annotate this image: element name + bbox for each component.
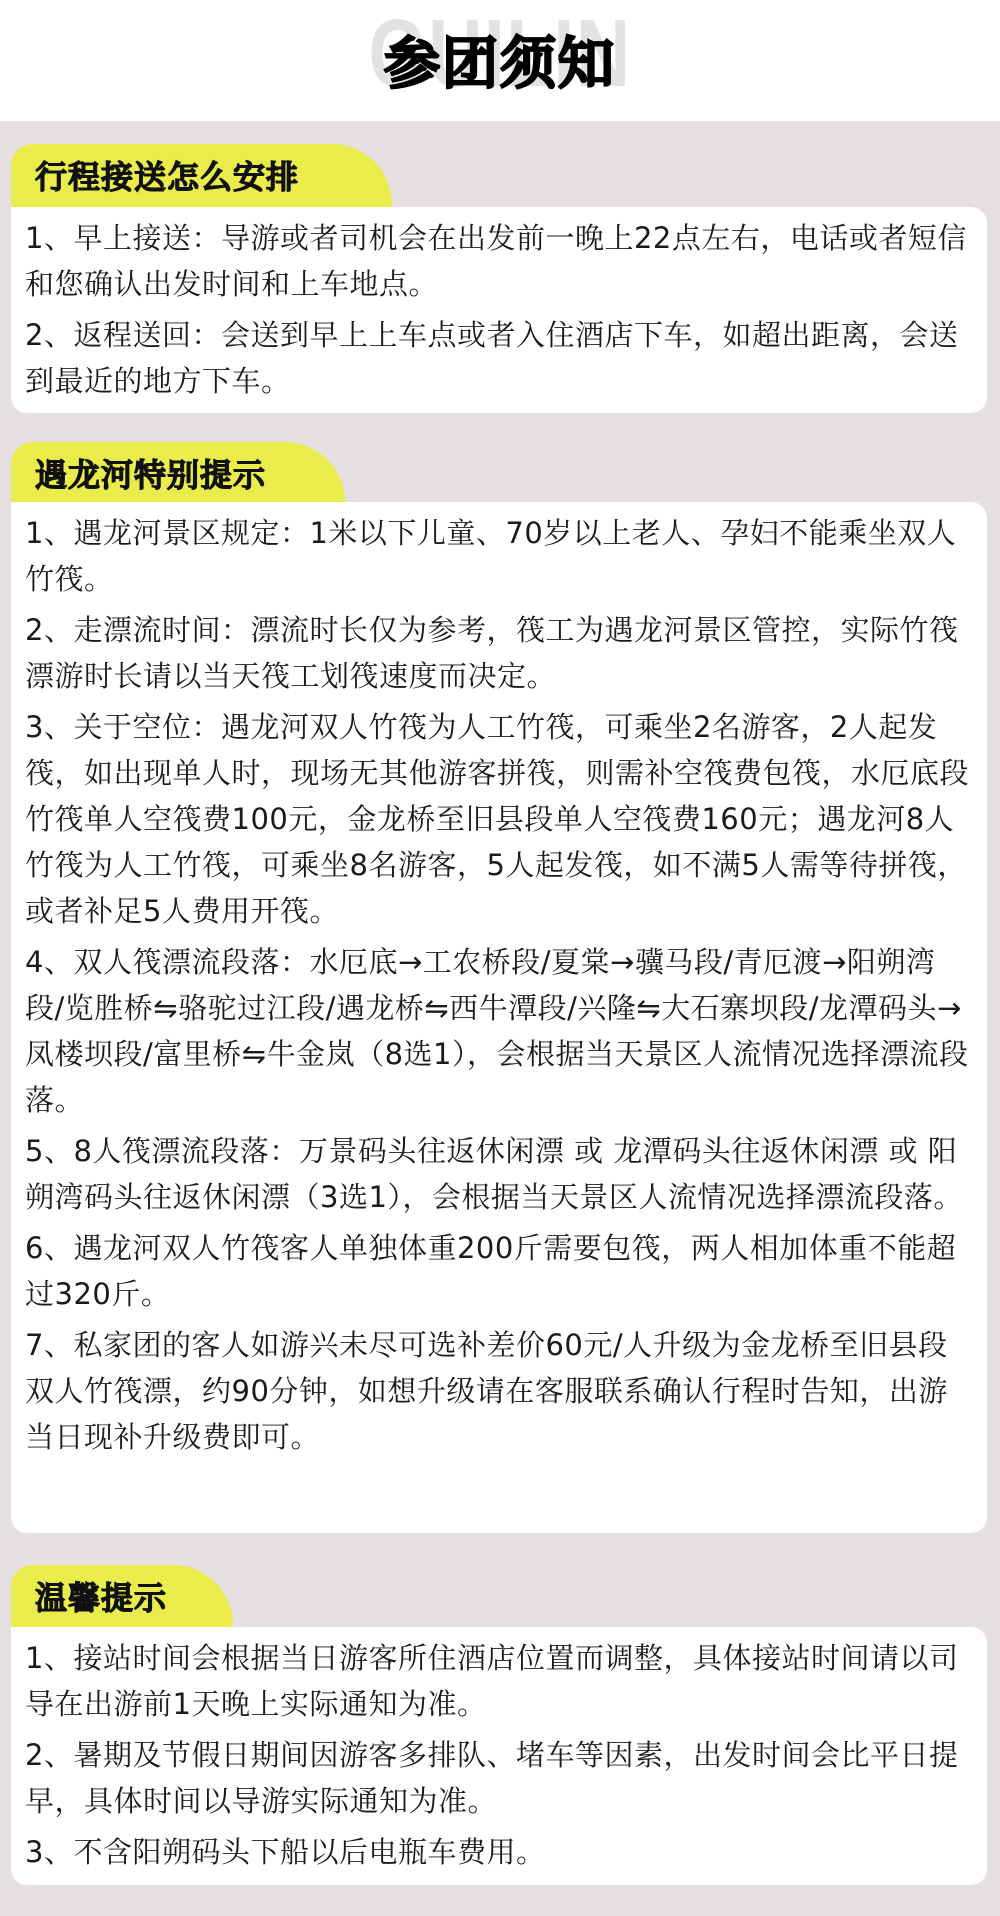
list-item: 3、关于空位：遇龙河双人竹筏为人工竹筏，可乘坐2名游客，2人起发筏，如出现单人时…	[25, 704, 973, 934]
list-item: 3、不含阳朔码头下船以后电瓶车费用。	[25, 1829, 973, 1875]
list-item: 6、遇龙河双人竹筏客人单独体重200斤需要包筏，两人相加体重不能超过320斤。	[25, 1225, 973, 1317]
list-item: 1、遇龙河景区规定：1米以下儿童、70岁以上老人、孕妇不能乘坐双人竹筏。	[25, 510, 973, 602]
section-title: 遇龙河特别提示	[11, 442, 345, 506]
list-item: 4、双人筏漂流段落：水厄底→工农桥段/夏棠→骥马段/青厄渡→阳朔湾段/览胜桥⇋骆…	[25, 939, 973, 1123]
list-item: 2、走漂流时间：漂流时长仅为参考，筏工为遇龙河景区管控，实际竹筏漂游时长请以当天…	[25, 607, 973, 699]
section-card: 1、接站时间会根据当日游客所住酒店位置而调整，具体接站时间请以司导在出游前1天晚…	[11, 1627, 987, 1885]
list-item: 1、接站时间会根据当日游客所住酒店位置而调整，具体接站时间请以司导在出游前1天晚…	[25, 1635, 973, 1727]
section-title: 行程接送怎么安排	[11, 144, 392, 208]
section-card: 1、遇龙河景区规定：1米以下儿童、70岁以上老人、孕妇不能乘坐双人竹筏。 2、走…	[11, 502, 987, 1533]
list-item: 7、私家团的客人如游兴未尽可选补差价60元/人升级为金龙桥至旧县段双人竹筏漂，约…	[25, 1322, 973, 1460]
page-header: GUILIN 参团须知	[0, 0, 1000, 121]
section-pickup-arrangement: 行程接送怎么安排 1、早上接送：导游或者司机会在出发前一晚上22点左右，电话或者…	[11, 144, 987, 414]
list-item: 5、8人筏漂流段落：万景码头往返休闲漂 或 龙潭码头往返休闲漂 或 阳朔湾码头往…	[25, 1128, 973, 1220]
list-item: 1、早上接送：导游或者司机会在出发前一晚上22点左右，电话或者短信和您确认出发时…	[25, 215, 973, 307]
list-item: 2、返程送回：会送到早上上车点或者入住酒店下车，如超出距离，会送到最近的地方下车…	[25, 312, 973, 404]
list-item: 2、暑期及节假日期间因游客多排队、堵车等因素，出发时间会比平日提早，具体时间以导…	[25, 1732, 973, 1824]
section-yulong-river-tips: 遇龙河特别提示 1、遇龙河景区规定：1米以下儿童、70岁以上老人、孕妇不能乘坐双…	[11, 442, 987, 1534]
section-warm-tips: 温馨提示 1、接站时间会根据当日游客所住酒店位置而调整，具体接站时间请以司导在出…	[11, 1565, 987, 1886]
section-card: 1、早上接送：导游或者司机会在出发前一晚上22点左右，电话或者短信和您确认出发时…	[11, 207, 987, 413]
page-title: 参团须知	[0, 30, 1000, 100]
section-title: 温馨提示	[11, 1565, 233, 1629]
